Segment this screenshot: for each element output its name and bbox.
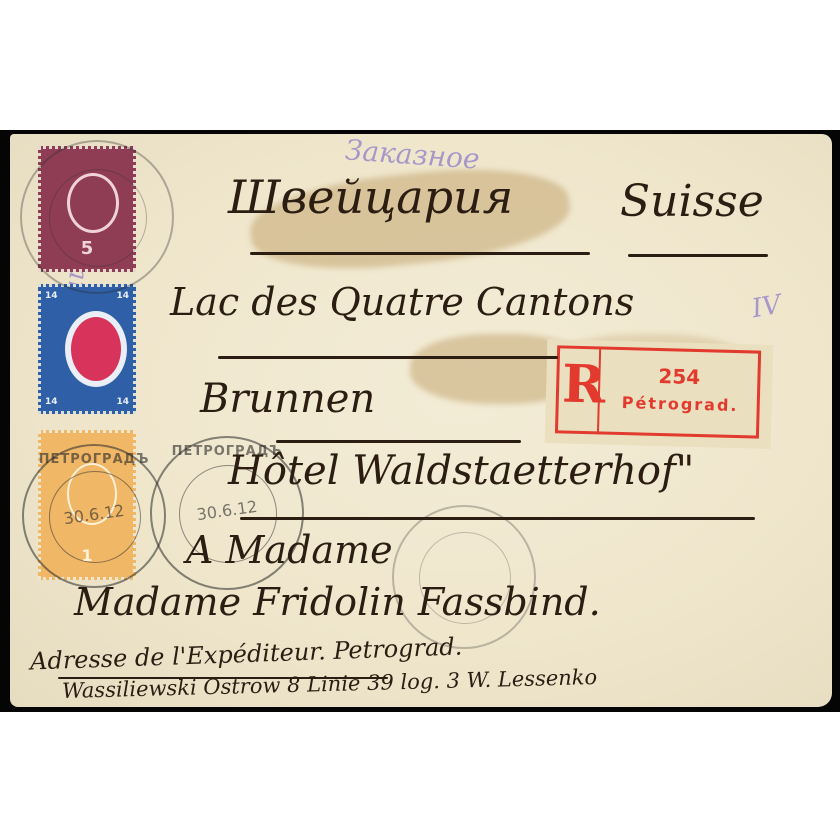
registration-label: R 254 Pétrograd.: [545, 339, 774, 449]
address-country-fr: Suisse: [620, 176, 764, 227]
underline: [218, 356, 558, 359]
postmark: [392, 505, 536, 649]
double-eagle-icon: [65, 311, 127, 387]
violet-mark: IV: [750, 290, 784, 325]
postmark: ПЕТРОГРАДЪ 30.6.12: [22, 444, 166, 588]
address-recipient: Madame Fridolin Fassbind.: [74, 580, 601, 624]
underline: [250, 252, 590, 255]
underline: [240, 517, 755, 520]
address-town: Brunnen: [200, 376, 375, 422]
postmark: [20, 140, 174, 294]
underline: [628, 254, 768, 257]
address-hotel: Hôtel Waldstaetterhof": [228, 448, 694, 494]
address-lake: Lac des Quatre Cantons: [170, 280, 634, 324]
address-attention: A Madame: [186, 528, 393, 572]
address-country-ru: Швейцария: [228, 170, 513, 224]
stamp-14-kop: 14 14 14 14: [38, 284, 136, 414]
underline: [276, 440, 521, 443]
